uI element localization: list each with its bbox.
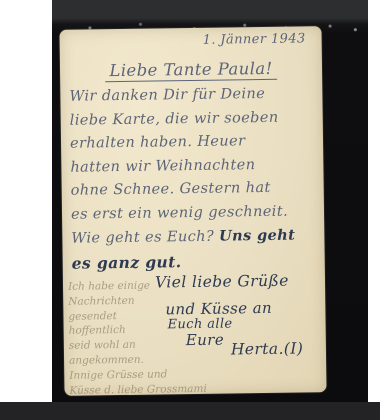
postcard: 1. Jänner 1943 Liebe Tante Paula! Wir da… (59, 26, 326, 396)
pencil-note: Ich habe einige Nachrichten gesendet hof… (68, 278, 207, 398)
pencil-line: Küsse d. liebe Grossmami (69, 381, 207, 398)
screenshot: 1. Jänner 1943 Liebe Tante Paula! Wir da… (0, 0, 380, 420)
signature: Herta.(I) (231, 339, 304, 358)
album-page-bottom-strip (0, 402, 380, 420)
